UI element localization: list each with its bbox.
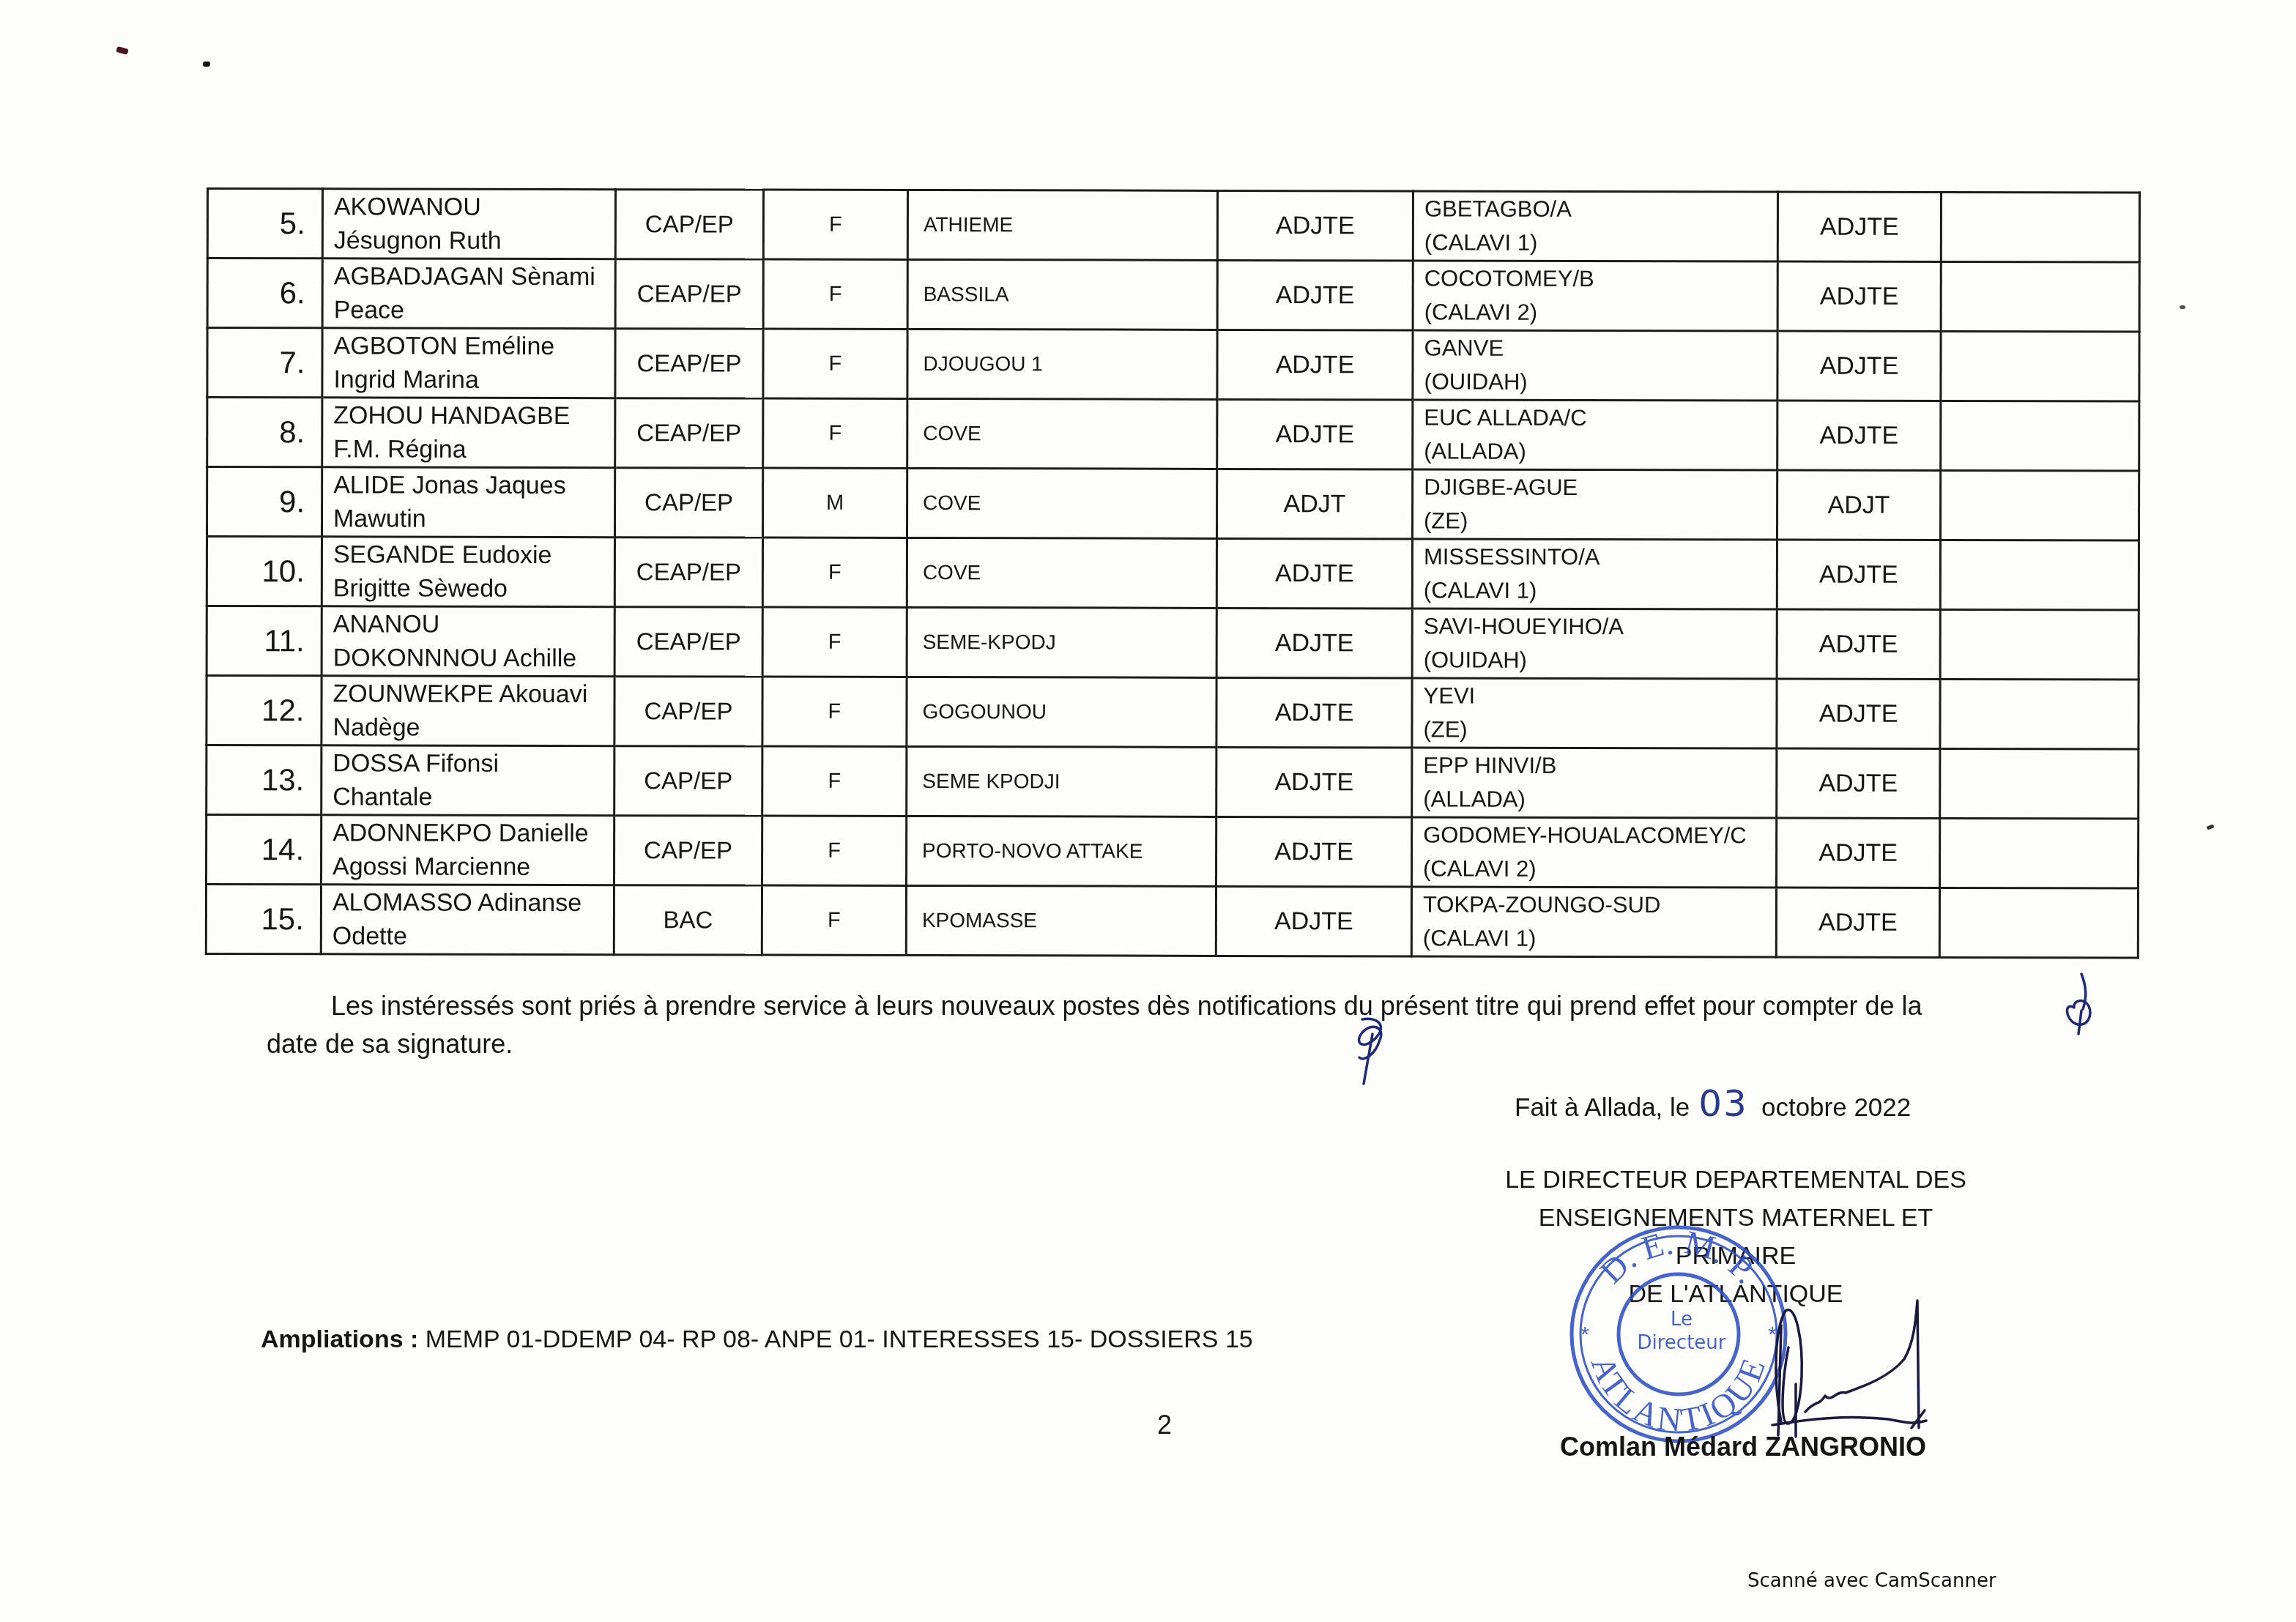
new-grade-cell: ADJTE <box>1777 818 1940 888</box>
ampliations-line: Ampliations : MEMP 01-DDEMP 04- RP 08- A… <box>261 1325 1253 1354</box>
employee-name-line: F.M. Régina <box>333 432 614 466</box>
diploma-cell: BAC <box>614 885 762 955</box>
employee-name-line: Peace <box>334 293 614 327</box>
sex-cell: F <box>762 885 906 955</box>
scan-speck <box>116 46 129 55</box>
table-row: 5.AKOWANOUJésugnon RuthCAP/EPFATHIEMEADJ… <box>207 189 2139 263</box>
row-number: 7. <box>207 328 322 398</box>
new-post-cell-line: DJIGBE-AGUE <box>1424 470 1776 505</box>
employee-name: ZOHOU HANDAGBEF.M. Régina <box>322 398 615 468</box>
new-grade-cell: ADJTE <box>1777 192 1941 261</box>
new-grade-cell: ADJTE <box>1777 331 1941 401</box>
sex-cell: F <box>763 398 907 468</box>
svg-text:Directeur: Directeur <box>1637 1332 1725 1354</box>
new-post-cell-line: SAVI-HOUEYIHO/A <box>1424 609 1776 644</box>
row-number: 15. <box>206 885 321 954</box>
employee-name-line: Chantale <box>332 780 613 814</box>
table-row: 9.ALIDE Jonas JaquesMawutinCAP/EPMCOVEAD… <box>207 467 2139 541</box>
new-grade-cell: ADJTE <box>1777 748 1940 818</box>
new-post-cell-line: MISSESSINTO/A <box>1424 540 1776 574</box>
new-post-cell: EUC ALLADA/C(ALLADA) <box>1413 400 1777 470</box>
new-post-cell-line: (CALAVI 2) <box>1423 852 1775 886</box>
diploma-cell: CAP/EP <box>614 816 762 885</box>
table-row: 14.ADONNEKPO DanielleAgossi MarcienneCAP… <box>207 815 2139 889</box>
observations-cell <box>1941 192 2139 262</box>
employee-name-line: ADONNEKPO Danielle <box>332 816 613 850</box>
employee-name: AGBOTON EmélineIngrid Marina <box>322 328 615 398</box>
svg-text:ATLANTIQUE: ATLANTIQUE <box>1584 1351 1774 1439</box>
employee-name-line: ALOMASSO Adinanse <box>332 885 613 920</box>
grade-cell: ADJTE <box>1217 190 1413 261</box>
new-post-cell: YEVI(ZE) <box>1412 678 1777 748</box>
new-post-cell-line: (OUIDAH) <box>1424 643 1776 677</box>
new-post-cell: DJIGBE-AGUE(ZE) <box>1412 469 1777 540</box>
svg-text:*: * <box>1580 1322 1589 1347</box>
origin-post-cell: COVE <box>907 399 1217 469</box>
diploma-cell: CEAP/EP <box>614 537 762 607</box>
svg-text:*: * <box>1768 1322 1777 1347</box>
row-number: 9. <box>207 467 322 537</box>
employee-name-line: ZOHOU HANDAGBE <box>333 398 614 433</box>
table-row: 13.DOSSA FifonsiChantaleCAP/EPFSEME KPOD… <box>207 745 2139 819</box>
diploma-cell: CEAP/EP <box>615 259 763 329</box>
employee-name-line: SEGANDE Eudoxie <box>333 537 614 572</box>
observations-cell <box>1941 331 2139 401</box>
signatory-name: Comlan Médard ZANGRONIO <box>1560 1432 1926 1462</box>
new-post-cell-line: (CALAVI 1) <box>1423 921 1775 956</box>
grade-cell: ADJT <box>1216 469 1412 539</box>
new-post-cell-line: YEVI <box>1424 679 1776 713</box>
employee-name-line: DOSSA Fifonsi <box>332 746 613 781</box>
new-post-cell: SAVI-HOUEYIHO/A(OUIDAH) <box>1412 609 1777 679</box>
grade-cell: ADJTE <box>1216 677 1412 748</box>
origin-post-cell: SEME-KPODJ <box>907 608 1216 678</box>
origin-post-cell: SEME KPODJI <box>907 747 1216 817</box>
new-post-cell-line: (ALLADA) <box>1424 434 1776 469</box>
origin-post-cell: DJOUGOU 1 <box>907 330 1217 400</box>
employee-name: SEGANDE EudoxieBrigitte Sèwedo <box>322 537 614 607</box>
row-number: 8. <box>207 398 322 467</box>
sex-cell: F <box>763 190 907 259</box>
employee-name: ZOUNWEKPE AkouaviNadège <box>322 676 614 746</box>
sex-cell: F <box>762 746 907 816</box>
diploma-cell: CEAP/EP <box>615 398 763 468</box>
new-post-cell-line: (CALAVI 1) <box>1424 226 1777 260</box>
table-row: 6.AGBADJAGAN SènamiPeaceCEAP/EPFBASSILAA… <box>207 258 2139 332</box>
grade-cell: ADJTE <box>1217 399 1413 469</box>
place-prefix: Fait à Allada, le <box>1515 1093 1690 1122</box>
diploma-cell: CAP/EP <box>614 746 762 816</box>
table-row: 15.ALOMASSO AdinanseOdetteBACFKPOMASSEAD… <box>206 885 2138 959</box>
scan-speck <box>2206 824 2214 830</box>
employee-name: DOSSA FifonsiChantale <box>322 745 614 816</box>
scan-speck <box>2180 305 2185 309</box>
row-number: 14. <box>207 815 322 885</box>
origin-post-cell: GOGOUNOU <box>907 677 1216 748</box>
page-number: 2 <box>1157 1410 1172 1440</box>
employee-name-line: Brigitte Sèwedo <box>333 571 614 606</box>
new-post-cell-line: COCOTOMEY/B <box>1424 261 1777 296</box>
table-row: 12.ZOUNWEKPE AkouaviNadègeCAP/EPFGOGOUNO… <box>207 676 2139 750</box>
observations-cell <box>1940 540 2139 610</box>
new-grade-cell: ADJTE <box>1777 261 1941 331</box>
observations-cell <box>1940 609 2139 680</box>
employee-name-line: Agossi Marcienne <box>332 849 613 884</box>
employee-name-line: ANANOU <box>333 607 614 641</box>
sex-cell: M <box>763 468 907 537</box>
table-row: 8.ZOHOU HANDAGBEF.M. RéginaCEAP/EPFCOVEA… <box>207 398 2139 472</box>
employee-name-line: ZOUNWEKPE Akouavi <box>333 677 614 711</box>
employee-name: AGBADJAGAN SènamiPeace <box>322 258 615 329</box>
new-post-cell: EPP HINVI/B(ALLADA) <box>1412 748 1777 818</box>
grade-cell: ADJTE <box>1216 747 1412 817</box>
new-post-cell: COCOTOMEY/B(CALAVI 2) <box>1413 261 1777 331</box>
new-post-cell: TOKPA-ZOUNGO-SUD(CALAVI 1) <box>1411 887 1776 957</box>
employee-name-line: DOKONNNOU Achille <box>333 641 614 675</box>
new-post-cell-line: GBETAGBO/A <box>1424 192 1777 226</box>
table-row: 7.AGBOTON EmélineIngrid MarinaCEAP/EPFDJ… <box>207 328 2139 402</box>
employee-name-line: Mawutin <box>333 502 614 536</box>
grade-cell: ADJTE <box>1216 538 1412 609</box>
table-row: 11.ANANOUDOKONNNOU AchilleCEAP/EPFSEME-K… <box>207 606 2139 680</box>
employee-name-line: AKOWANOU <box>334 190 614 224</box>
diploma-cell: CAP/EP <box>614 677 762 746</box>
observations-cell <box>1939 888 2138 958</box>
director-title-line: ENSEIGNEMENTS MATERNEL ET PRIMAIRE <box>1487 1199 1985 1275</box>
origin-post-cell: COVE <box>907 538 1216 609</box>
new-post-cell-line: (ZE) <box>1424 504 1776 538</box>
new-post-cell-line: (ALLADA) <box>1423 782 1775 816</box>
new-post-cell-line: (OUIDAH) <box>1424 365 1776 399</box>
employee-name-line: ALIDE Jonas Jaques <box>333 468 614 502</box>
new-post-cell: GANVE(OUIDAH) <box>1413 330 1777 401</box>
employee-name: ALOMASSO AdinanseOdette <box>321 885 614 955</box>
origin-post-cell: KPOMASSE <box>906 886 1216 956</box>
grade-cell: ADJTE <box>1216 608 1412 678</box>
assignment-table: 5.AKOWANOUJésugnon RuthCAP/EPFATHIEMEADJ… <box>205 187 2141 959</box>
origin-post-cell: PORTO-NOVO ATTAKE <box>907 816 1216 887</box>
row-number: 13. <box>207 745 322 815</box>
sex-cell: F <box>763 329 907 398</box>
row-number: 10. <box>207 537 322 606</box>
new-post-cell-line: EUC ALLADA/C <box>1424 401 1776 435</box>
director-signature-icon <box>1772 1301 1926 1437</box>
sex-cell: F <box>762 816 907 885</box>
new-post-cell-line: EPP HINVI/B <box>1423 748 1775 783</box>
observations-cell <box>1940 818 2139 888</box>
employee-name-line: Nadège <box>332 710 613 745</box>
new-grade-cell: ADJTE <box>1777 540 1940 609</box>
scan-speck <box>203 62 210 67</box>
row-number: 5. <box>207 189 322 258</box>
new-grade-cell: ADJTE <box>1777 609 1940 679</box>
observations-cell <box>1940 679 2139 749</box>
director-title: LE DIRECTEUR DEPARTEMENTAL DES ENSEIGNEM… <box>1487 1161 1985 1313</box>
grade-cell: ADJTE <box>1217 260 1413 330</box>
ampliations-label: Ampliations : <box>261 1325 418 1353</box>
ampliations-value: MEMP 01-DDEMP 04- RP 08- ANPE 01- INTERE… <box>418 1325 1252 1353</box>
employee-name-line: AGBOTON Eméline <box>333 329 614 363</box>
row-number: 12. <box>207 676 322 745</box>
new-post-cell-line: TOKPA-ZOUNGO-SUD <box>1423 888 1775 922</box>
scanner-watermark: Scanné avec CamScanner <box>1747 1570 1996 1592</box>
employee-name-line: AGBADJAGAN Sènami <box>334 259 614 294</box>
observations-cell <box>1940 470 2139 540</box>
new-post-cell-line: (CALAVI 2) <box>1424 295 1777 330</box>
grade-cell: ADJTE <box>1216 816 1412 887</box>
employee-name-line: Jésugnon Ruth <box>334 223 614 258</box>
new-grade-cell: ADJTE <box>1776 888 1939 957</box>
grade-cell: ADJTE <box>1217 330 1413 400</box>
notice-paragraph-line1: Les instéressés sont priés à prendre ser… <box>331 987 1922 1025</box>
month-year: octobre 2022 <box>1761 1093 1911 1122</box>
new-grade-cell: ADJT <box>1777 470 1940 540</box>
director-title-line: DE L'ATLANTIQUE <box>1487 1275 1985 1313</box>
diploma-cell: CAP/EP <box>615 190 763 259</box>
origin-post-cell: ATHIEME <box>907 190 1217 261</box>
diploma-cell: CEAP/EP <box>614 607 762 677</box>
new-post-cell-line: (CALAVI 1) <box>1424 573 1776 608</box>
diploma-cell: CEAP/EP <box>615 329 763 398</box>
new-post-cell: GBETAGBO/A(CALAVI 1) <box>1413 191 1777 261</box>
new-post-cell: GODOMEY-HOUALACOMEY/C(CALAVI 2) <box>1412 817 1777 888</box>
origin-post-cell: BASSILA <box>907 260 1217 330</box>
sex-cell: F <box>763 259 907 329</box>
table-row: 10.SEGANDE EudoxieBrigitte SèwedoCEAP/EP… <box>207 537 2139 611</box>
diploma-cell: CAP/EP <box>615 468 763 537</box>
new-grade-cell: ADJTE <box>1777 401 1941 470</box>
sex-cell: F <box>762 537 907 607</box>
observations-cell <box>1941 401 2139 471</box>
employee-name: AKOWANOUJésugnon Ruth <box>322 189 615 259</box>
new-post-cell-line: GODOMEY-HOUALACOMEY/C <box>1423 818 1775 852</box>
sex-cell: F <box>762 677 907 746</box>
new-post-cell: MISSESSINTO/A(CALAVI 1) <box>1412 539 1777 609</box>
employee-name-line: Ingrid Marina <box>333 362 614 397</box>
sex-cell: F <box>762 607 907 677</box>
employee-name-line: Odette <box>332 919 613 953</box>
new-post-cell-line: (ZE) <box>1423 713 1775 747</box>
employee-name: ADONNEKPO DanielleAgossi Marcienne <box>322 815 614 885</box>
new-post-cell-line: GANVE <box>1424 331 1776 365</box>
origin-post-cell: COVE <box>907 469 1216 539</box>
director-title-line: LE DIRECTEUR DEPARTEMENTAL DES <box>1487 1161 1985 1199</box>
grade-cell: ADJTE <box>1216 886 1411 956</box>
notice-paragraph-line2: date de sa signature. <box>267 1025 513 1063</box>
new-grade-cell: ADJTE <box>1777 679 1940 748</box>
date-place-line: Fait à Allada, le03octobre 2022 <box>1515 1082 1911 1125</box>
observations-cell <box>1940 748 2139 819</box>
row-number: 6. <box>207 258 322 328</box>
row-number: 11. <box>207 606 322 676</box>
observations-cell <box>1941 261 2139 332</box>
employee-name: ALIDE Jonas JaquesMawutin <box>322 467 615 537</box>
employee-name: ANANOUDOKONNNOU Achille <box>322 606 614 677</box>
handwritten-day: 03 <box>1698 1082 1748 1125</box>
